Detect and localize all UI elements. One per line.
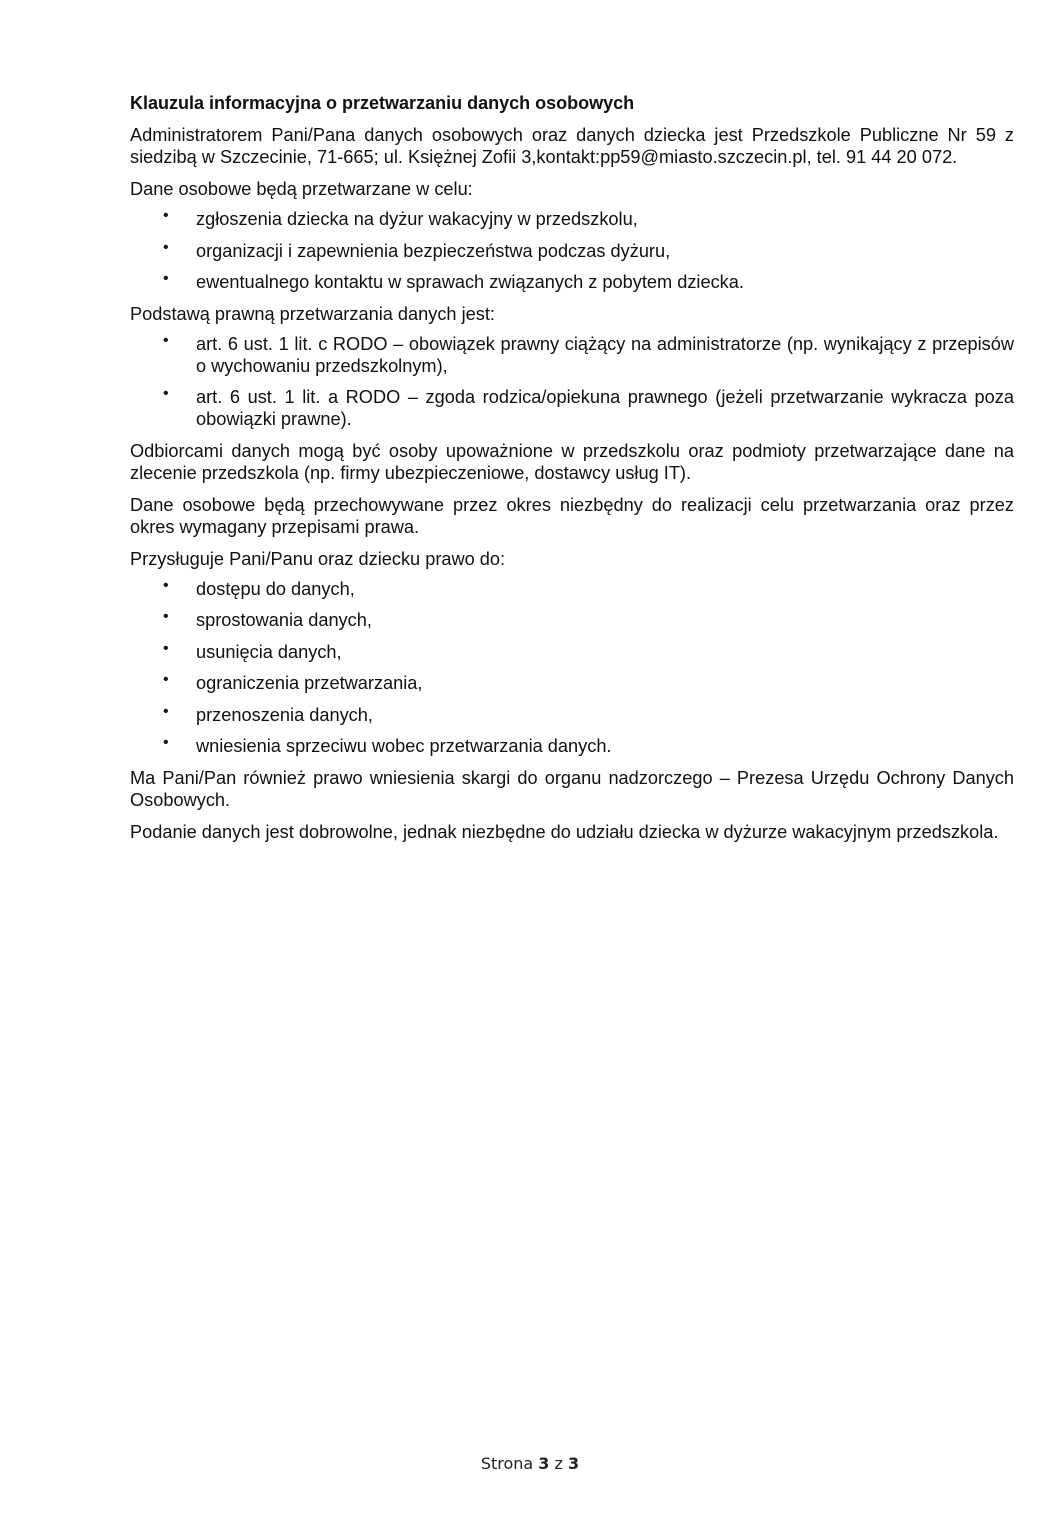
list-item: •wniesienia sprzeciwu wobec przetwarzani… (130, 735, 1014, 757)
list-item: •organizacji i zapewnienia bezpieczeństw… (130, 240, 1014, 262)
list-item: •art. 6 ust. 1 lit. c RODO – obowiązek p… (130, 333, 1014, 377)
purposes-list: •zgłoszenia dziecka na dyżur wakacyjny w… (130, 208, 1014, 293)
list-item: •art. 6 ust. 1 lit. a RODO – zgoda rodzi… (130, 386, 1014, 430)
recipients-paragraph: Odbiorcami danych mogą być osoby upoważn… (130, 440, 1014, 484)
bullet-icon: • (163, 268, 169, 290)
list-item: •przenoszenia danych, (130, 704, 1014, 726)
administrator-paragraph: Administratorem Pani/Pana danych osobowy… (130, 124, 1014, 168)
bullet-icon: • (163, 669, 169, 691)
bullet-icon: • (163, 701, 169, 723)
bullet-icon: • (163, 330, 169, 352)
list-item: •ewentualnego kontaktu w sprawach związa… (130, 271, 1014, 293)
page-separator: z (555, 1454, 563, 1473)
legal-bases-list: •art. 6 ust. 1 lit. c RODO – obowiązek p… (130, 333, 1014, 431)
rights-list: •dostępu do danych, •sprostowania danych… (130, 578, 1014, 758)
bullet-icon: • (163, 237, 169, 259)
bullet-icon: • (163, 732, 169, 754)
page-number: Strona 3 z 3 (0, 1454, 1060, 1473)
document-body: Klauzula informacyjna o przetwarzaniu da… (130, 92, 1014, 853)
list-item: •dostępu do danych, (130, 578, 1014, 600)
bullet-icon: • (163, 575, 169, 597)
list-item: •usunięcia danych, (130, 641, 1014, 663)
rights-intro: Przysługuje Pani/Panu oraz dziecku prawo… (130, 548, 1014, 570)
current-page: 3 (538, 1454, 549, 1473)
legal-basis-intro: Podstawą prawną przetwarzania danych jes… (130, 303, 1014, 325)
voluntary-paragraph: Podanie danych jest dobrowolne, jednak n… (130, 821, 1014, 843)
page-prefix: Strona (481, 1454, 533, 1473)
retention-paragraph: Dane osobowe będą przechowywane przez ok… (130, 494, 1014, 538)
bullet-icon: • (163, 383, 169, 405)
purpose-intro: Dane osobowe będą przetwarzane w celu: (130, 178, 1014, 200)
complaint-paragraph: Ma Pani/Pan również prawo wniesienia ska… (130, 767, 1014, 811)
bullet-icon: • (163, 638, 169, 660)
list-item: •zgłoszenia dziecka na dyżur wakacyjny w… (130, 208, 1014, 230)
list-item: •sprostowania danych, (130, 609, 1014, 631)
total-pages: 3 (568, 1454, 579, 1473)
bullet-icon: • (163, 205, 169, 227)
bullet-icon: • (163, 606, 169, 628)
list-item: •ograniczenia przetwarzania, (130, 672, 1014, 694)
document-title: Klauzula informacyjna o przetwarzaniu da… (130, 92, 1014, 114)
